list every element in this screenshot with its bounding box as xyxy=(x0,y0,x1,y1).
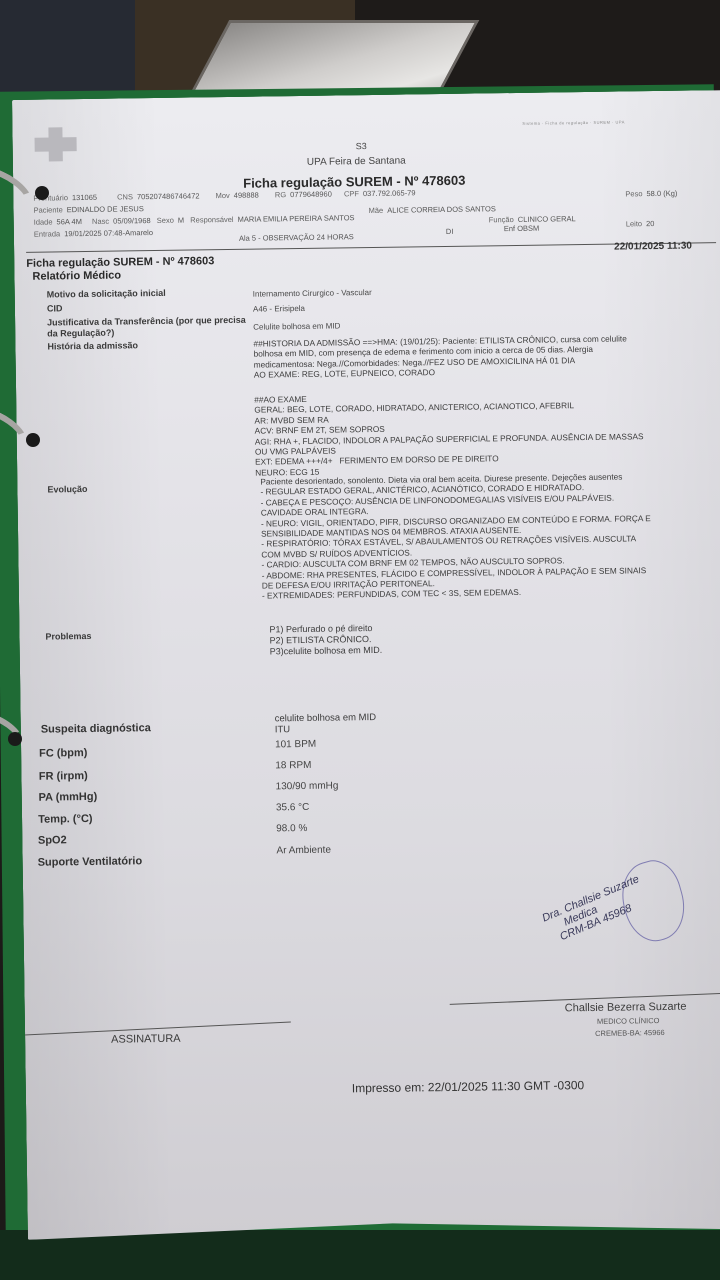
problemas-label: Problemas xyxy=(45,631,91,643)
di-label: DI xyxy=(446,227,454,236)
unit-name: UPA Feira de Santana xyxy=(307,156,406,168)
patient-weight: Peso58.0 (Kg) xyxy=(625,189,677,199)
bed-number: Leito20 xyxy=(626,219,655,228)
patient-mother: MãeALICE CORREIA DOS SANTOS xyxy=(369,204,496,215)
vital-value: 18 RPM xyxy=(275,760,311,772)
system-header-text: Sistema · Ficha de regulação · SUREM · U… xyxy=(522,119,625,125)
binder-hole xyxy=(8,732,22,746)
admission-entry: Entrada19/01/2025 07:48-Amarelo xyxy=(34,228,153,239)
vital-label: Temp. (°C) xyxy=(38,812,92,825)
form-title: Ficha regulação SUREM - Nº 478603 xyxy=(243,173,465,191)
patient-ids-row: Prontuário131065 CNS705207486746472 Mov4… xyxy=(33,188,415,202)
justificativa-label: Justificativa da Transferência (por que … xyxy=(47,315,252,340)
evolucao-value: Paciente desorientado, sonolento. Dieta … xyxy=(260,471,652,601)
unit-code: S3 xyxy=(356,141,367,151)
historia-value: ##HISTORIA DA ADMISSÃO ==>HMA: (19/01/25… xyxy=(253,333,627,380)
cid-value: A46 - Erisipela xyxy=(253,304,305,315)
report-datetime: 22/01/2025 11:30 xyxy=(614,241,692,253)
vital-value: Ar Ambiente xyxy=(276,844,331,856)
vital-value: 130/90 mmHg xyxy=(276,781,339,793)
doctor-name: Challsie Bezerra Suzarte xyxy=(565,1001,687,1015)
doctor-role: MEDICO CLÍNICO xyxy=(597,1016,660,1026)
vital-label: PA (mmHg) xyxy=(38,791,97,804)
report-subtitle: Relatório Médico xyxy=(32,269,121,282)
doctor-registry: CREMEB-BA: 45966 xyxy=(595,1028,665,1038)
binder-hole xyxy=(26,433,40,447)
diagnosis-value: celulite bolhosa em MID ITU xyxy=(275,712,377,735)
folder-bottom-edge xyxy=(0,1230,720,1280)
exame-value: ##AO EXAME GERAL: BEG, LOTE, CORADO, HID… xyxy=(254,389,644,478)
diagnosis-label: Suspeita diagnóstica xyxy=(41,722,151,736)
printed-timestamp: Impresso em: 22/01/2025 11:30 GMT -0300 xyxy=(352,1078,585,1095)
patient-name-row: PacienteEDINALDO DE JESUS xyxy=(33,204,143,215)
vital-value: 35.6 °C xyxy=(276,802,310,813)
medical-report-sheet: Sistema · Ficha de regulação · SUREM · U… xyxy=(12,90,720,1240)
problemas-value: P1) Perfurado o pé direito P2) ETILISTA … xyxy=(269,623,382,658)
justificativa-value: Celulite bolhosa em MID xyxy=(253,321,340,332)
motivo-value: Internamento Cirurgico - Vascular xyxy=(253,288,372,300)
historia-label: História da admissão xyxy=(47,340,138,352)
vital-label: SpO2 xyxy=(38,834,67,846)
report-form-title: Ficha regulação SUREM - Nº 478603 xyxy=(26,255,214,270)
vital-label: Suporte Ventilatório xyxy=(38,855,143,868)
motivo-label: Motivo da solicitação inicial xyxy=(47,288,166,301)
vital-value: 101 BPM xyxy=(275,739,316,751)
patient-age-row: Idade56A 4M Nasc05/09/1968 SexoM Respons… xyxy=(34,213,355,226)
ward: Ala 5 - OBSERVAÇÃO 24 HORAS xyxy=(239,232,354,243)
signature-line-label: ASSINATURA xyxy=(111,1033,181,1046)
nursing-unit: Enf OBSM xyxy=(504,224,540,233)
vital-label: FR (irpm) xyxy=(39,770,88,783)
header-divider xyxy=(26,242,716,253)
vital-label: FC (bpm) xyxy=(39,747,87,760)
doctor-stamp: Dra. Challsie Suzarte Medica CRM-BA 4596… xyxy=(540,873,650,946)
health-cross-logo-icon xyxy=(34,127,76,162)
binder-hole xyxy=(35,186,49,200)
evolucao-label: Evolução xyxy=(47,484,87,496)
vital-value: 98.0 % xyxy=(276,823,307,834)
cid-label: CID xyxy=(47,303,63,314)
